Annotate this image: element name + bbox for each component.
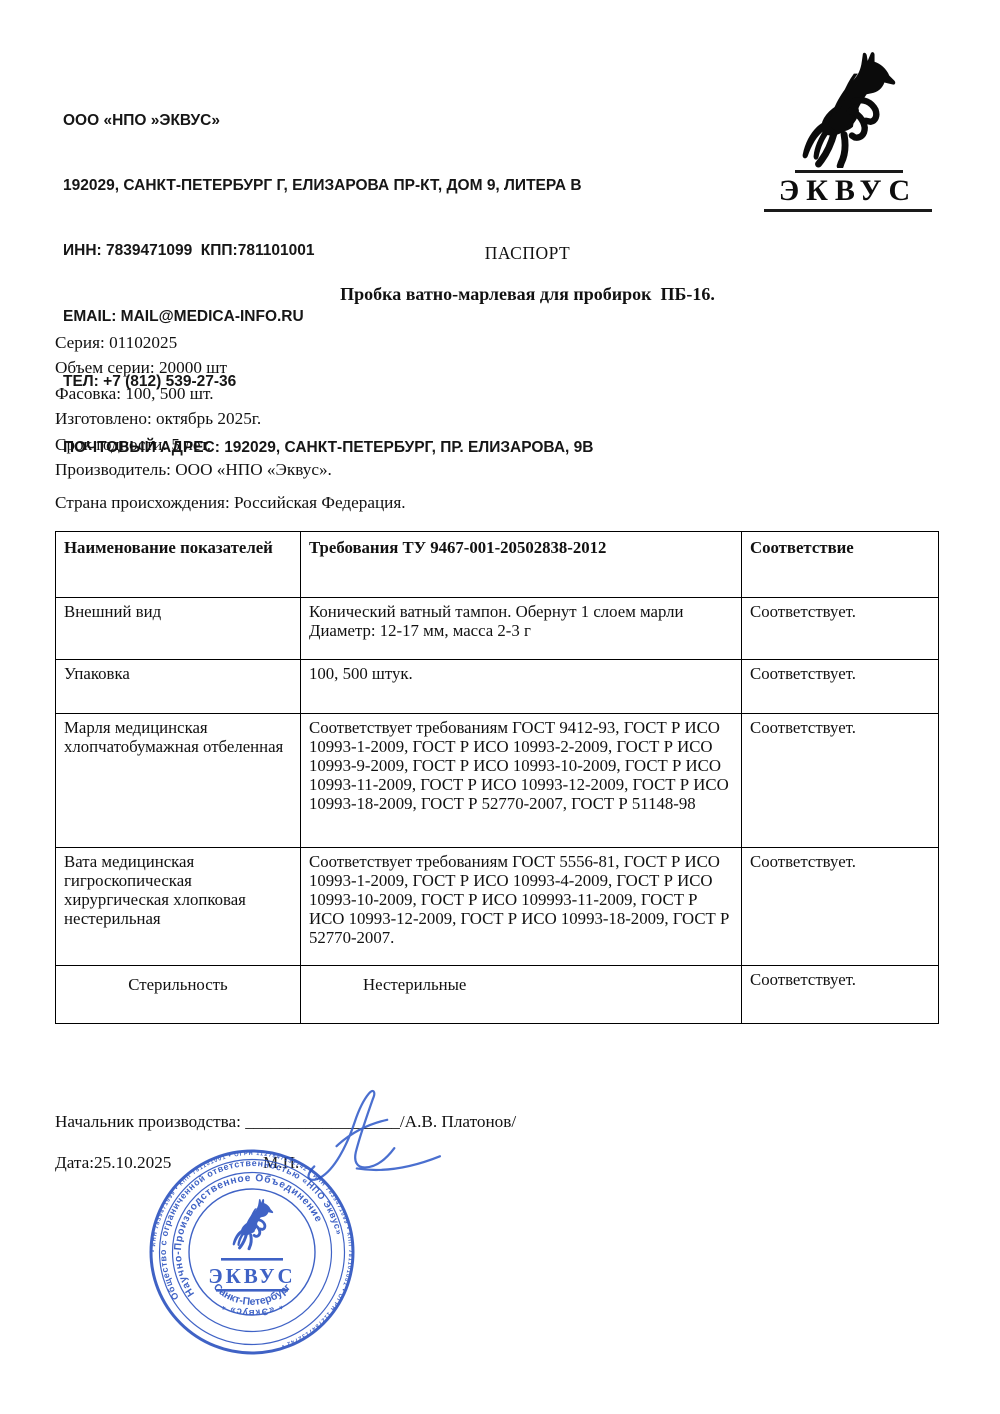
table-row: Стерильность Нестерильные Соответствует. [56,966,939,1024]
requirement-cell: 100, 500 штук. [301,660,742,714]
conformity-cell: Соответствует. [742,848,939,966]
logo-rule-top [795,170,903,173]
packing-line: Фасовка: 100, 500 шт. [55,381,332,406]
conformity-cell: Соответствует. [742,966,939,1024]
table-row: Упаковка 100, 500 штук. Соответствует. [56,660,939,714]
indicator-name-cell: Стерильность [56,966,301,1024]
col-header-indicator: Наименование показателей [56,532,301,598]
conformity-cell: Соответствует. [742,598,939,660]
manufactured-line: Изготовлено: октябрь 2025г. [55,406,332,431]
product-title: Пробка ватно-марлевая для пробирок ПБ-16… [55,284,1000,305]
requirement-cell: Соответствует требованиям ГОСТ 5556-81, … [301,848,742,966]
passport-document-page: ООО «НПО »ЭКВУС» 192029, САНКТ-ПЕТЕРБУРГ… [0,0,1000,1414]
company-email: EMAIL: MAIL@MEDICA-INFO.RU [63,306,663,328]
conformity-cell: Соответствует. [742,714,939,848]
table-row: Марля медицинская хлопчатобумажная отбел… [56,714,939,848]
series-volume-line: Объем серии: 20000 шт [55,355,332,380]
col-header-conformity: Соответствие [742,532,939,598]
requirement-cell: Конический ватный тампон. Обернут 1 слое… [301,598,742,660]
document-title: ПАСПОРТ [55,243,1000,264]
origin-line: Страна происхождения: Российская Федерац… [55,493,406,513]
conformity-cell: Соответствует. [742,660,939,714]
horse-logo-icon [798,50,898,168]
company-stamp: • ИНН 7839471099 • КПП 781101001 • ОГРН … [147,1147,357,1357]
spec-table: Наименование показателей Требования ТУ 9… [55,531,939,1024]
company-address: 192029, САНКТ-ПЕТЕРБУРГ Г, ЕЛИЗАРОВА ПР-… [63,175,663,197]
signature-label: Начальник производства: [55,1112,245,1131]
product-meta: Серия: 01102025 Объем серии: 20000 шт Фа… [55,330,332,482]
shelf-life-line: Срок годности: 5 лет. [55,432,332,457]
logo-brand-text: ЭКВУС [760,174,936,208]
stamp-rule-top [221,1258,283,1261]
manufacturer-line: Производитель: ООО «НПО «Эквус». [55,457,332,482]
requirement-cell: Нестерильные [301,966,742,1024]
series-line: Серия: 01102025 [55,330,332,355]
stamp-horse-icon [233,1199,274,1249]
requirement-cell: Соответствует требованиям ГОСТ 9412-93, … [301,714,742,848]
table-row: Внешний вид Конический ватный тампон. Об… [56,598,939,660]
indicator-name-cell: Вата медицинская гигроскопическая хирург… [56,848,301,966]
stamp-rule-bottom [216,1289,288,1292]
logo-rule-bottom [764,209,932,212]
indicator-name-cell: Внешний вид [56,598,301,660]
company-name: ООО «НПО »ЭКВУС» [63,110,663,132]
table-header-row: Наименование показателей Требования ТУ 9… [56,532,939,598]
indicator-name-cell: Марля медицинская хлопчатобумажная отбел… [56,714,301,848]
table-row: Вата медицинская гигроскопическая хирург… [56,848,939,966]
stamp-brand-text: ЭКВУС [208,1264,295,1288]
indicator-name-cell: Упаковка [56,660,301,714]
col-header-requirements: Требования ТУ 9467-001-20502838-2012 [301,532,742,598]
